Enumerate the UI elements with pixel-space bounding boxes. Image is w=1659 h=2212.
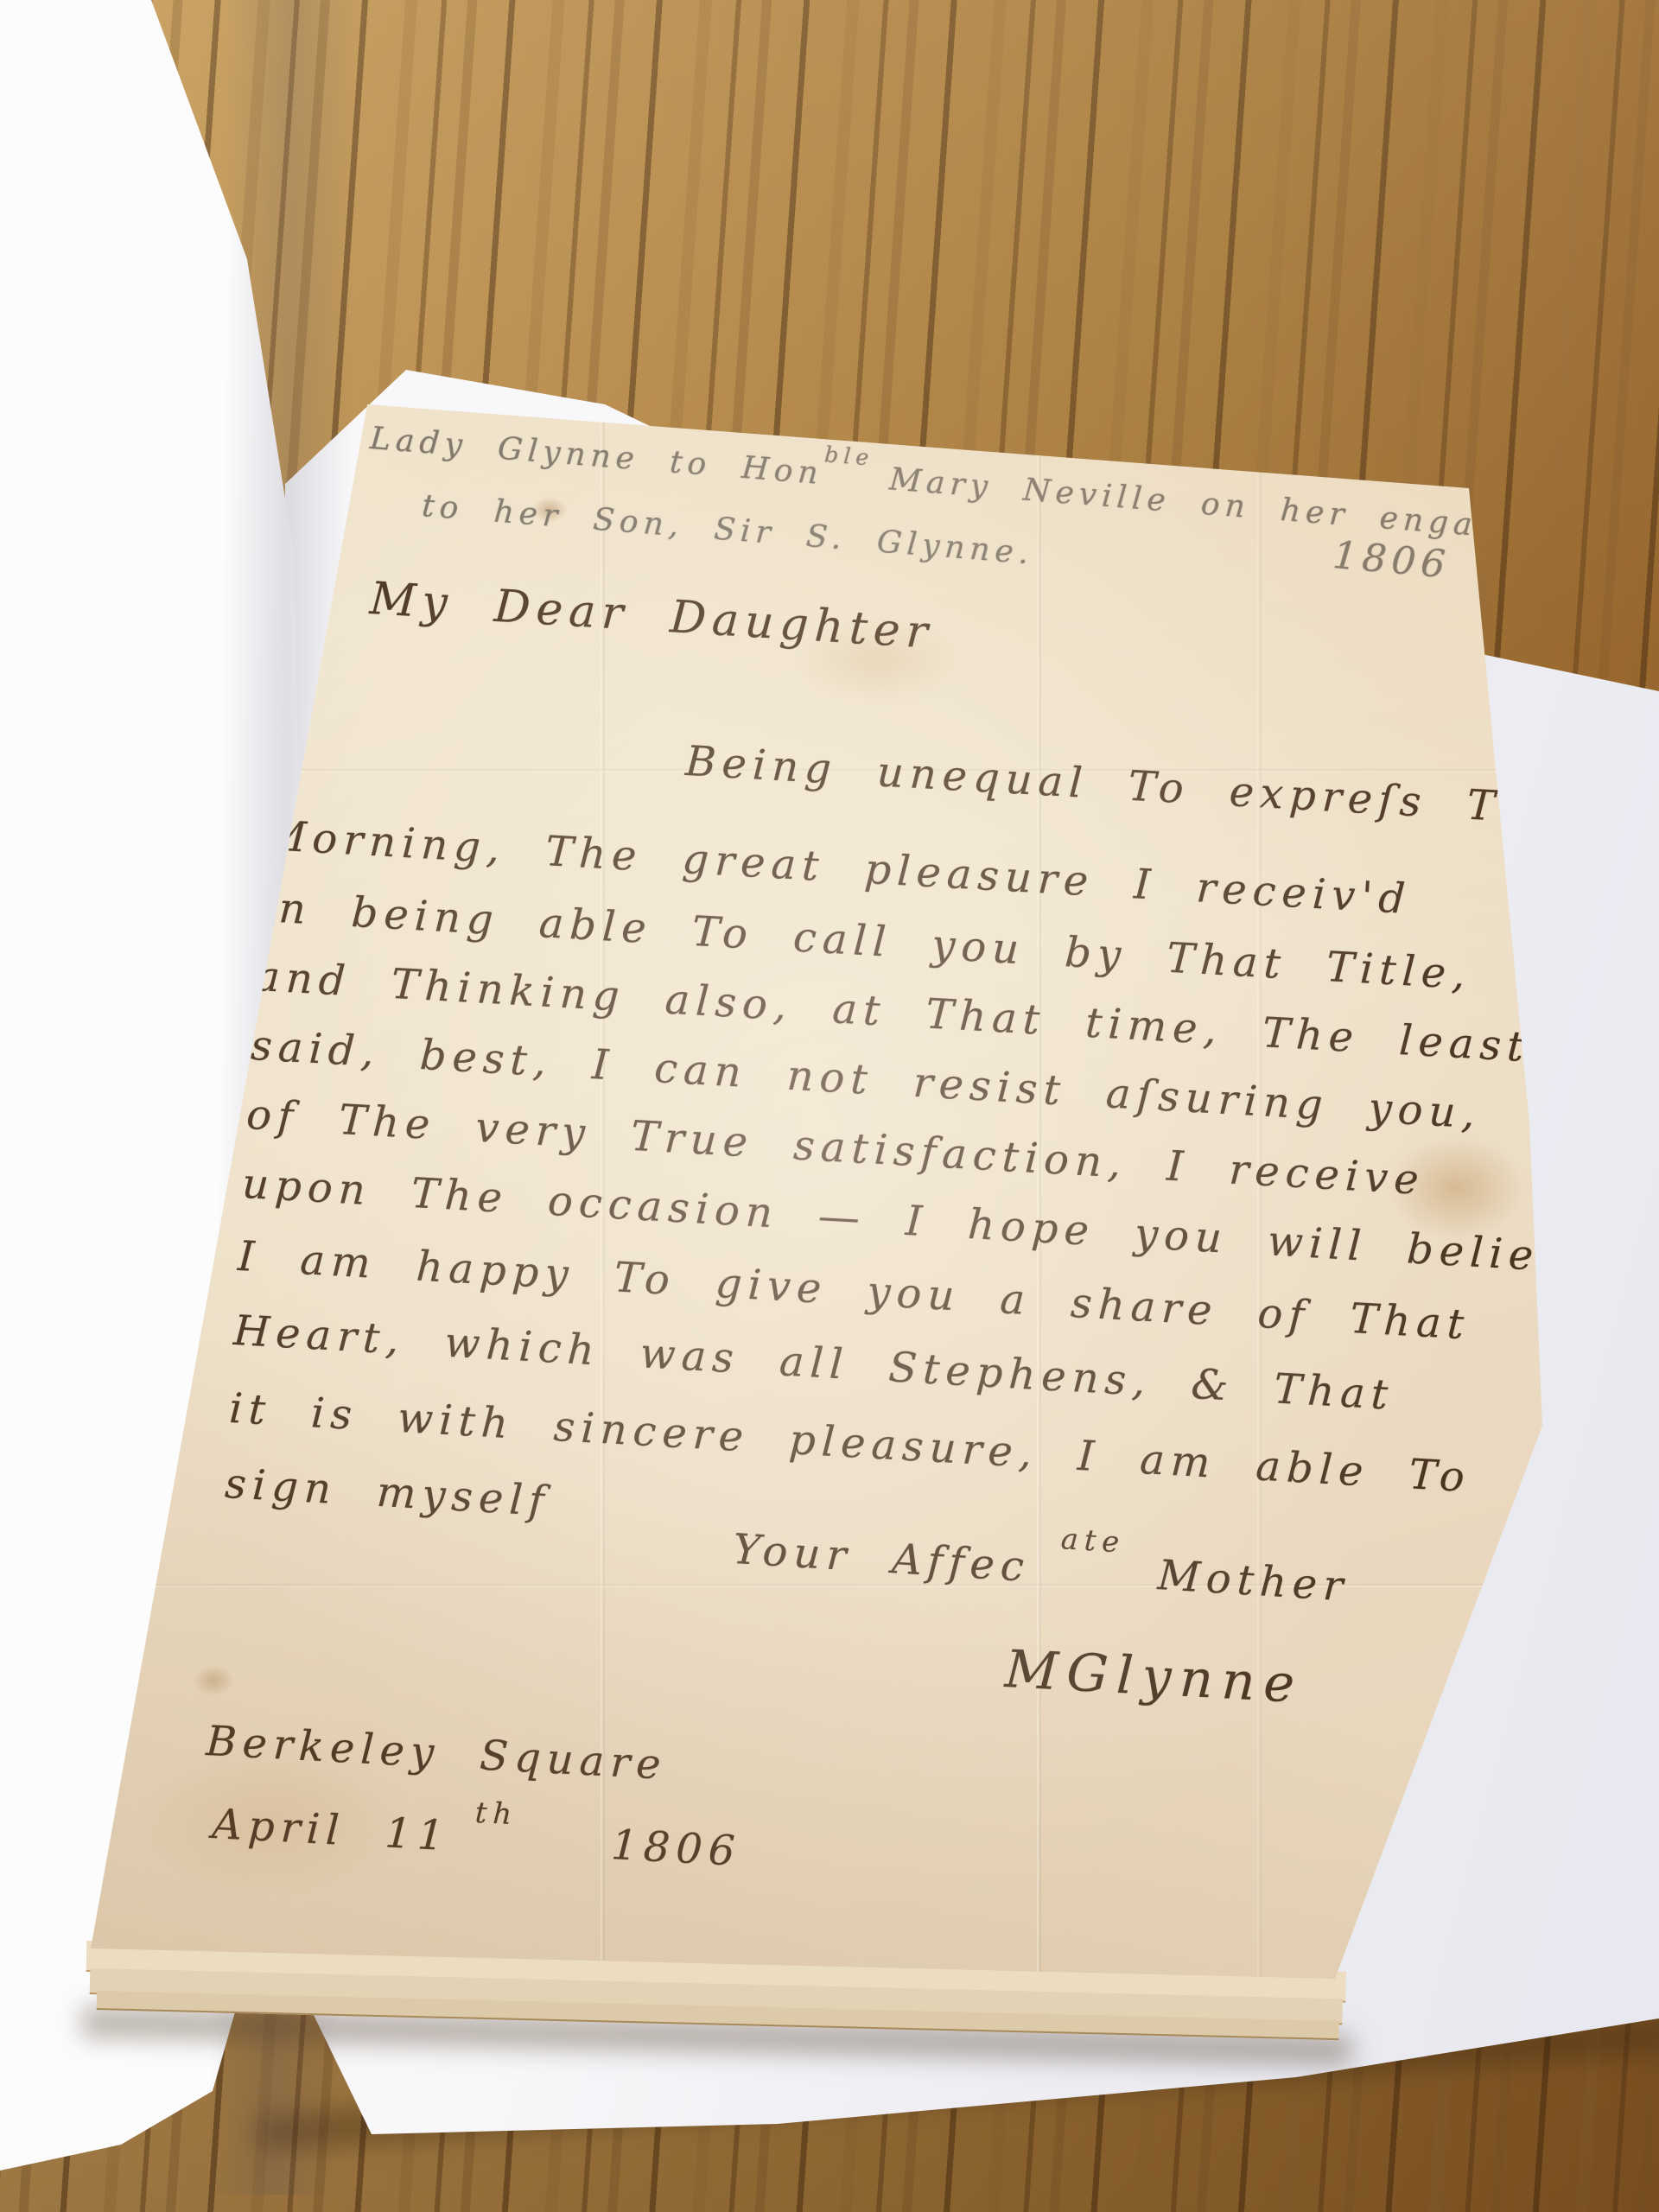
body-line: Being unequal To expreſs This xyxy=(684,737,1581,836)
paper-stain xyxy=(193,1665,234,1696)
photo-of-letter: Lady Glynne to HonbleMary Neville on her… xyxy=(0,0,1659,2212)
salutation: My Dear Daughter xyxy=(368,573,935,659)
closing-superscript: ate xyxy=(1060,1522,1127,1559)
archival-note-superscript: ble xyxy=(823,442,874,470)
date-post: 1806 xyxy=(610,1821,742,1876)
year-annotation: 1806 xyxy=(1332,533,1452,588)
closing-pre: Your Affec xyxy=(732,1525,1032,1592)
body-line: sign myself xyxy=(224,1459,551,1526)
date-superscript: th xyxy=(474,1796,518,1832)
fold-crease-vertical xyxy=(1257,376,1262,2035)
closing-post: Mother xyxy=(1156,1551,1351,1611)
